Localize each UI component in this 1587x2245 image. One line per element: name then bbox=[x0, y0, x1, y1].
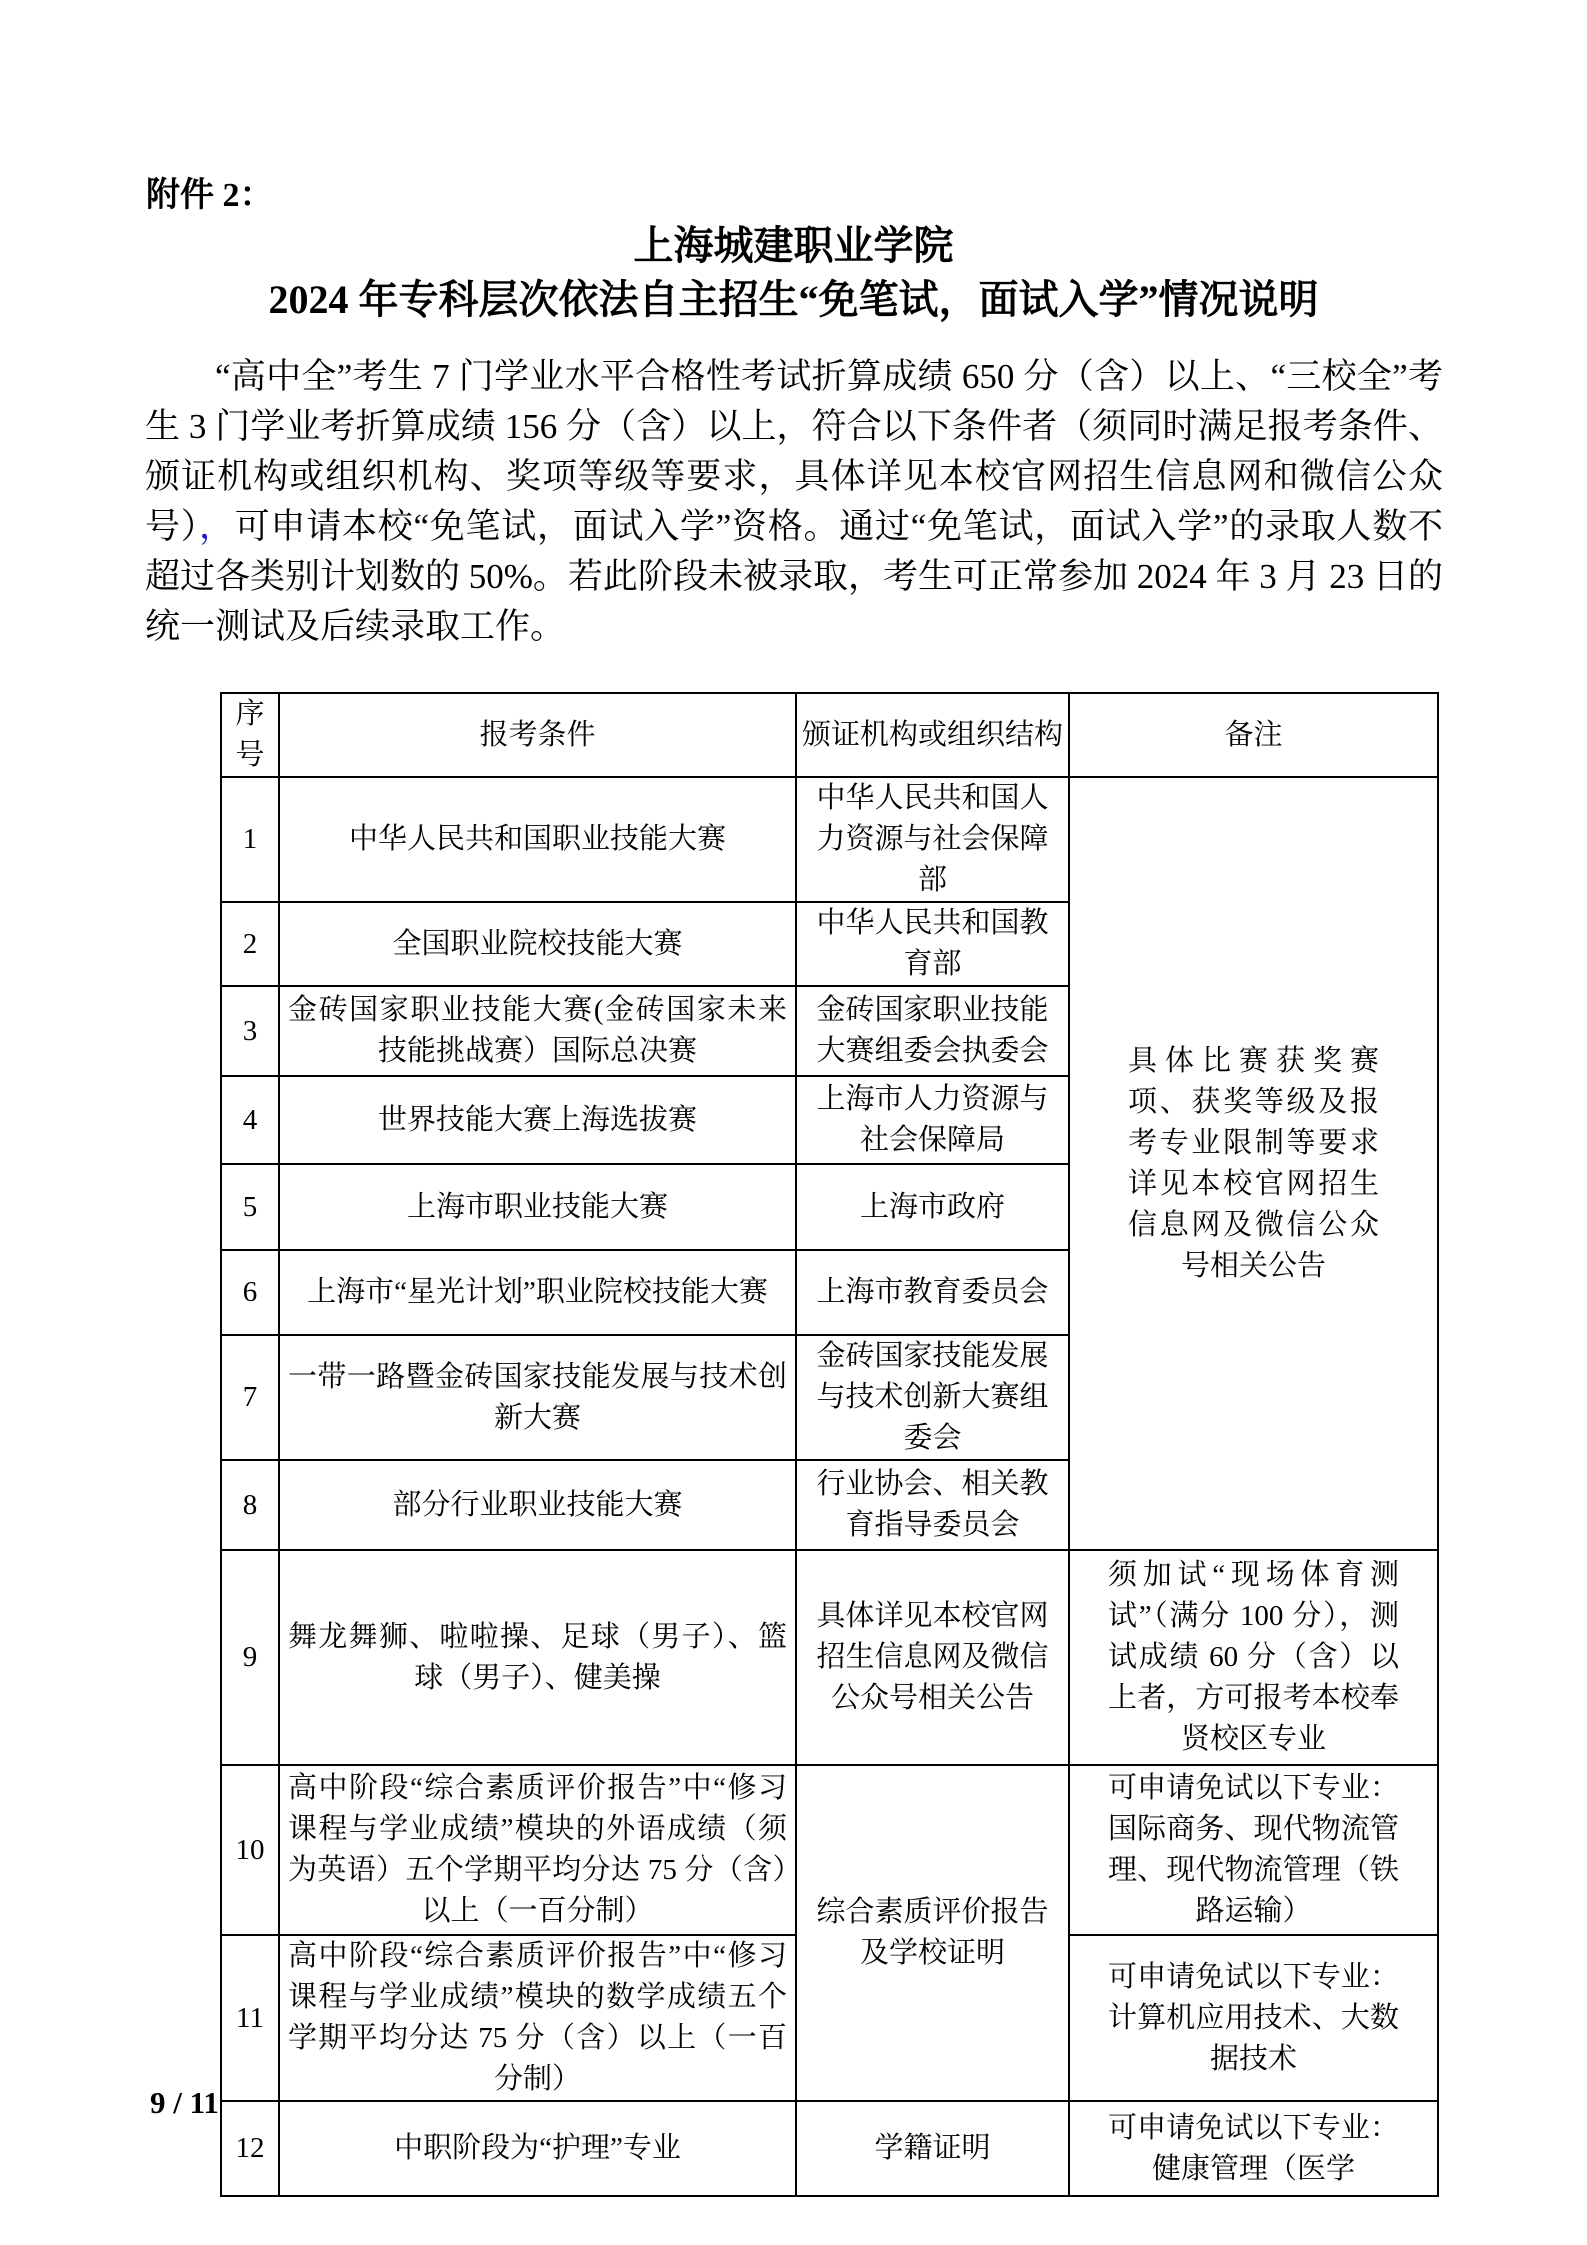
row-9-remark: 须加试“现场体育测试”（满分 100 分），测试成绩 60 分（含）以上者，方可… bbox=[1069, 1550, 1438, 1765]
col-header-remark: 备注 bbox=[1069, 693, 1438, 777]
row-5-number: 5 bbox=[221, 1164, 279, 1250]
page-number: 9 / 11 bbox=[150, 2085, 219, 2121]
row-3-organization: 金砖国家职业技能大赛组委会执委会 bbox=[796, 986, 1069, 1076]
row-12-organization: 学籍证明 bbox=[796, 2101, 1069, 2196]
row-3-number: 3 bbox=[221, 986, 279, 1076]
intro-paragraph: “高中全”考生 7 门学业水平合格性考试折算成绩 650 分（含）以上、“三校全… bbox=[145, 352, 1443, 652]
row-4-number: 4 bbox=[221, 1076, 279, 1164]
table-header-row: 序号 报考条件 颁证机构或组织结构 备注 bbox=[221, 693, 1438, 777]
row-1-condition: 中华人民共和国职业技能大赛 bbox=[279, 777, 796, 902]
row-7-condition: 一带一路暨金砖国家技能发展与技术创新大赛 bbox=[279, 1335, 796, 1460]
row-4-organization: 上海市人力资源与社会保障局 bbox=[796, 1076, 1069, 1164]
row-9-number: 9 bbox=[221, 1550, 279, 1765]
table-row: 1 中华人民共和国职业技能大赛 中华人民共和国人力资源与社会保障部 具体比赛获奖… bbox=[221, 777, 1438, 902]
revision-comma: ， bbox=[199, 507, 235, 546]
row-2-organization: 中华人民共和国教育部 bbox=[796, 902, 1069, 986]
col-header-organization: 颁证机构或组织结构 bbox=[796, 693, 1069, 777]
admission-conditions-table: 序号 报考条件 颁证机构或组织结构 备注 1 中华人民共和国职业技能大赛 中华人… bbox=[220, 692, 1439, 2197]
attachment-label: 附件 2： bbox=[146, 176, 274, 216]
row-7-organization: 金砖国家技能发展与技术创新大赛组委会 bbox=[796, 1335, 1069, 1460]
document-title-line1: 上海城建职业学院 bbox=[0, 222, 1587, 270]
row-3-condition: 金砖国家职业技能大赛(金砖国家未来技能挑战赛）国际总决赛 bbox=[279, 986, 796, 1076]
table-row: 10 高中阶段“综合素质评价报告”中“修习课程与学业成绩”模块的外语成绩（须为英… bbox=[221, 1765, 1438, 1935]
row-7-number: 7 bbox=[221, 1335, 279, 1460]
row-2-condition: 全国职业院校技能大赛 bbox=[279, 902, 796, 986]
row-9-condition: 舞龙舞狮、啦啦操、足球（男子）、篮球（男子）、健美操 bbox=[279, 1550, 796, 1765]
col-header-condition: 报考条件 bbox=[279, 693, 796, 777]
row-6-organization: 上海市教育委员会 bbox=[796, 1250, 1069, 1335]
table: 序号 报考条件 颁证机构或组织结构 备注 1 中华人民共和国职业技能大赛 中华人… bbox=[220, 692, 1439, 2197]
row-11-number: 11 bbox=[221, 1935, 279, 2101]
row-10-condition: 高中阶段“综合素质评价报告”中“修习课程与学业成绩”模块的外语成绩（须为英语）五… bbox=[279, 1765, 796, 1935]
col-header-number: 序号 bbox=[221, 693, 279, 777]
row-9-organization: 具体详见本校官网招生信息网及微信公众号相关公告 bbox=[796, 1550, 1069, 1765]
row-5-condition: 上海市职业技能大赛 bbox=[279, 1164, 796, 1250]
document-title-line2: 2024 年专科层次依法自主招生“免笔试，面试入学”情况说明 bbox=[0, 276, 1587, 324]
organization-rows-10-11: 综合素质评价报告及学校证明 bbox=[796, 1765, 1069, 2101]
row-1-number: 1 bbox=[221, 777, 279, 902]
row-8-organization: 行业协会、相关教育指导委员会 bbox=[796, 1460, 1069, 1550]
row-4-condition: 世界技能大赛上海选拔赛 bbox=[279, 1076, 796, 1164]
remark-rows-1-8: 具体比赛获奖赛项、获奖等级及报考专业限制等要求详见本校官网招生信息网及微信公众号… bbox=[1069, 777, 1438, 1550]
row-12-number: 12 bbox=[221, 2101, 279, 2196]
row-11-remark: 可申请免试以下专业：计算机应用技术、大数据技术 bbox=[1069, 1935, 1438, 2101]
row-6-number: 6 bbox=[221, 1250, 279, 1335]
table-row: 12 中职阶段为“护理”专业 学籍证明 可申请免试以下专业：健康管理（医学 bbox=[221, 2101, 1438, 2196]
document-page: 附件 2： 上海城建职业学院 2024 年专科层次依法自主招生“免笔试，面试入学… bbox=[0, 0, 1587, 2245]
intro-text-part2: 可申请本校“免笔试，面试入学”资格。通过“免笔试，面试入学”的录取人数不超过各类… bbox=[145, 507, 1443, 646]
row-2-number: 2 bbox=[221, 902, 279, 986]
row-12-condition: 中职阶段为“护理”专业 bbox=[279, 2101, 796, 2196]
row-6-condition: 上海市“星光计划”职业院校技能大赛 bbox=[279, 1250, 796, 1335]
row-5-organization: 上海市政府 bbox=[796, 1164, 1069, 1250]
row-1-organization: 中华人民共和国人力资源与社会保障部 bbox=[796, 777, 1069, 902]
row-10-remark: 可申请免试以下专业：国际商务、现代物流管理、现代物流管理（铁路运输） bbox=[1069, 1765, 1438, 1935]
table-row: 9 舞龙舞狮、啦啦操、足球（男子）、篮球（男子）、健美操 具体详见本校官网招生信… bbox=[221, 1550, 1438, 1765]
row-8-number: 8 bbox=[221, 1460, 279, 1550]
row-11-condition: 高中阶段“综合素质评价报告”中“修习课程与学业成绩”模块的数学成绩五个学期平均分… bbox=[279, 1935, 796, 2101]
row-8-condition: 部分行业职业技能大赛 bbox=[279, 1460, 796, 1550]
row-12-remark: 可申请免试以下专业：健康管理（医学 bbox=[1069, 2101, 1438, 2196]
row-10-number: 10 bbox=[221, 1765, 279, 1935]
